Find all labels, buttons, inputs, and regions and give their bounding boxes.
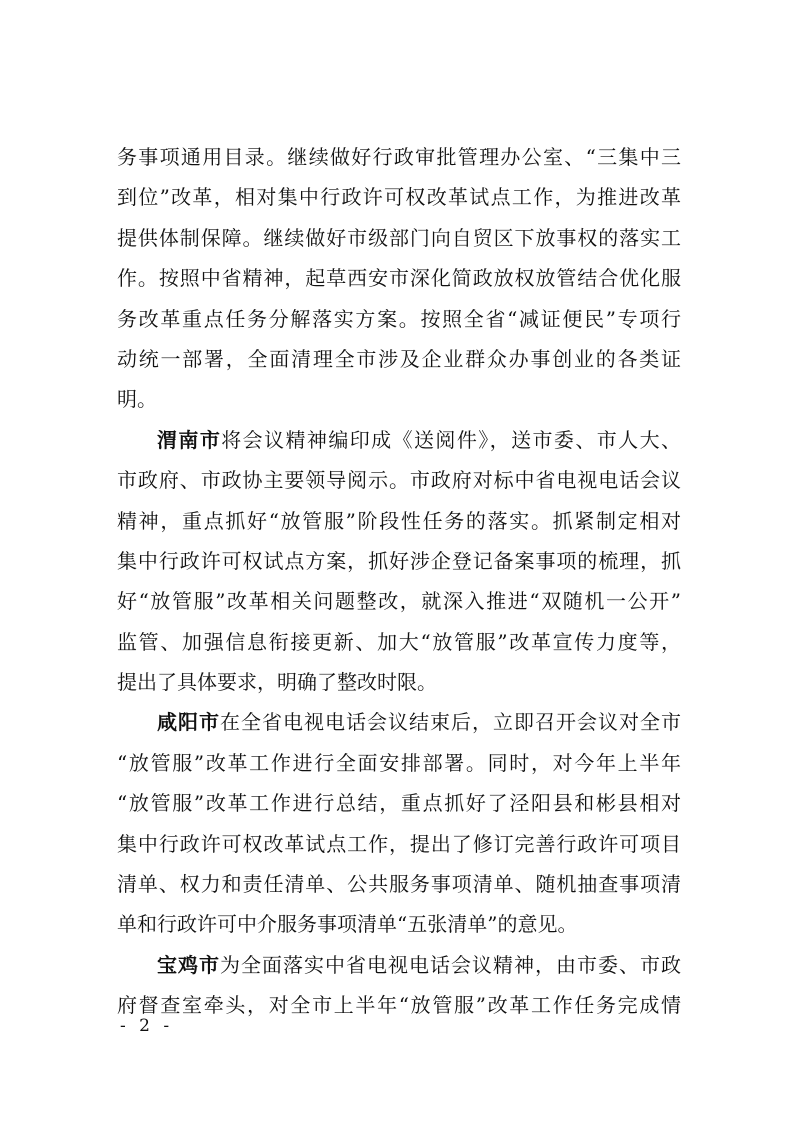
text-line: 清单、权力和责任清单、公共服务事项清单、随机抽查事项清 <box>117 864 681 904</box>
text-line: 府督查室牵头，对全市上半年“放管服”改革工作任务完成情 <box>117 985 681 1025</box>
text-line: 监管、加强信息衔接更新、加大“放管服”改革宣传力度等， <box>117 622 681 662</box>
text-line: 集中行政许可权试点方案，抓好涉企登记备案事项的梳理，抓 <box>117 541 681 581</box>
text-run: 在全省电视电话会议结束后，立即召开会议对全市 <box>220 710 681 734</box>
page-number: - 2 - <box>120 1016 173 1036</box>
text-line: 集中行政许可权改革试点工作，提出了修订完善行政许可项目 <box>117 824 681 864</box>
text-line: 动统一部署，全面清理全市涉及企业群众办事创业的各类证 <box>117 339 681 379</box>
city-name-xianyang: 咸阳市 <box>157 710 220 734</box>
text-line: 务改革重点任务分解落实方案。按照全省“减证便民”专项行 <box>117 299 681 339</box>
paragraph-xianyang-first-line: 咸阳市在全省电视电话会议结束后，立即召开会议对全市 <box>117 702 681 742</box>
paragraph-baoji-first-line: 宝鸡市为全面落实中省电视电话会议精神，由市委、市政 <box>117 945 681 985</box>
text-line: 精神，重点抓好“放管服”阶段性任务的落实。抓紧制定相对 <box>117 501 681 541</box>
text-line: 好“放管服”改革相关问题整改，就深入推进“双随机一公开” <box>117 581 681 621</box>
city-name-baoji: 宝鸡市 <box>157 953 220 977</box>
city-name-weinan: 渭南市 <box>157 428 221 452</box>
body-text: 务事项通用目录。继续做好行政审批管理办公室、“三集中三 到位”改革，相对集中行政… <box>117 137 681 1026</box>
text-line: 提出了具体要求，明确了整改时限。 <box>117 662 681 702</box>
text-line: 市政府、市政协主要领导阅示。市政府对标中省电视电话会议 <box>117 460 681 500</box>
text-line: “放管服”改革工作进行总结，重点抓好了泾阳县和彬县相对 <box>117 783 681 823</box>
document-page: 务事项通用目录。继续做好行政审批管理办公室、“三集中三 到位”改革，相对集中行政… <box>0 0 793 1122</box>
text-line: 务事项通用目录。继续做好行政审批管理办公室、“三集中三 <box>117 137 681 177</box>
text-line: 明。 <box>117 379 681 419</box>
paragraph-weinan-first-line: 渭南市将会议精神编印成《送阅件》，送市委、市人大、 <box>117 420 681 460</box>
text-line: 到位”改革，相对集中行政许可权改革试点工作，为推进改革 <box>117 177 681 217</box>
text-line: 提供体制保障。继续做好市级部门向自贸区下放事权的落实工 <box>117 218 681 258</box>
text-line: 作。按照中省精神，起草西安市深化简政放权放管结合优化服 <box>117 258 681 298</box>
text-run: 为全面落实中省电视电话会议精神，由市委、市政 <box>220 953 681 977</box>
text-line: 单和行政许可中介服务事项清单“五张清单”的意见。 <box>117 904 681 944</box>
text-line: “放管服”改革工作进行全面安排部署。同时，对今年上半年 <box>117 743 681 783</box>
text-run: 将会议精神编印成《送阅件》，送市委、市人大、 <box>221 428 681 452</box>
